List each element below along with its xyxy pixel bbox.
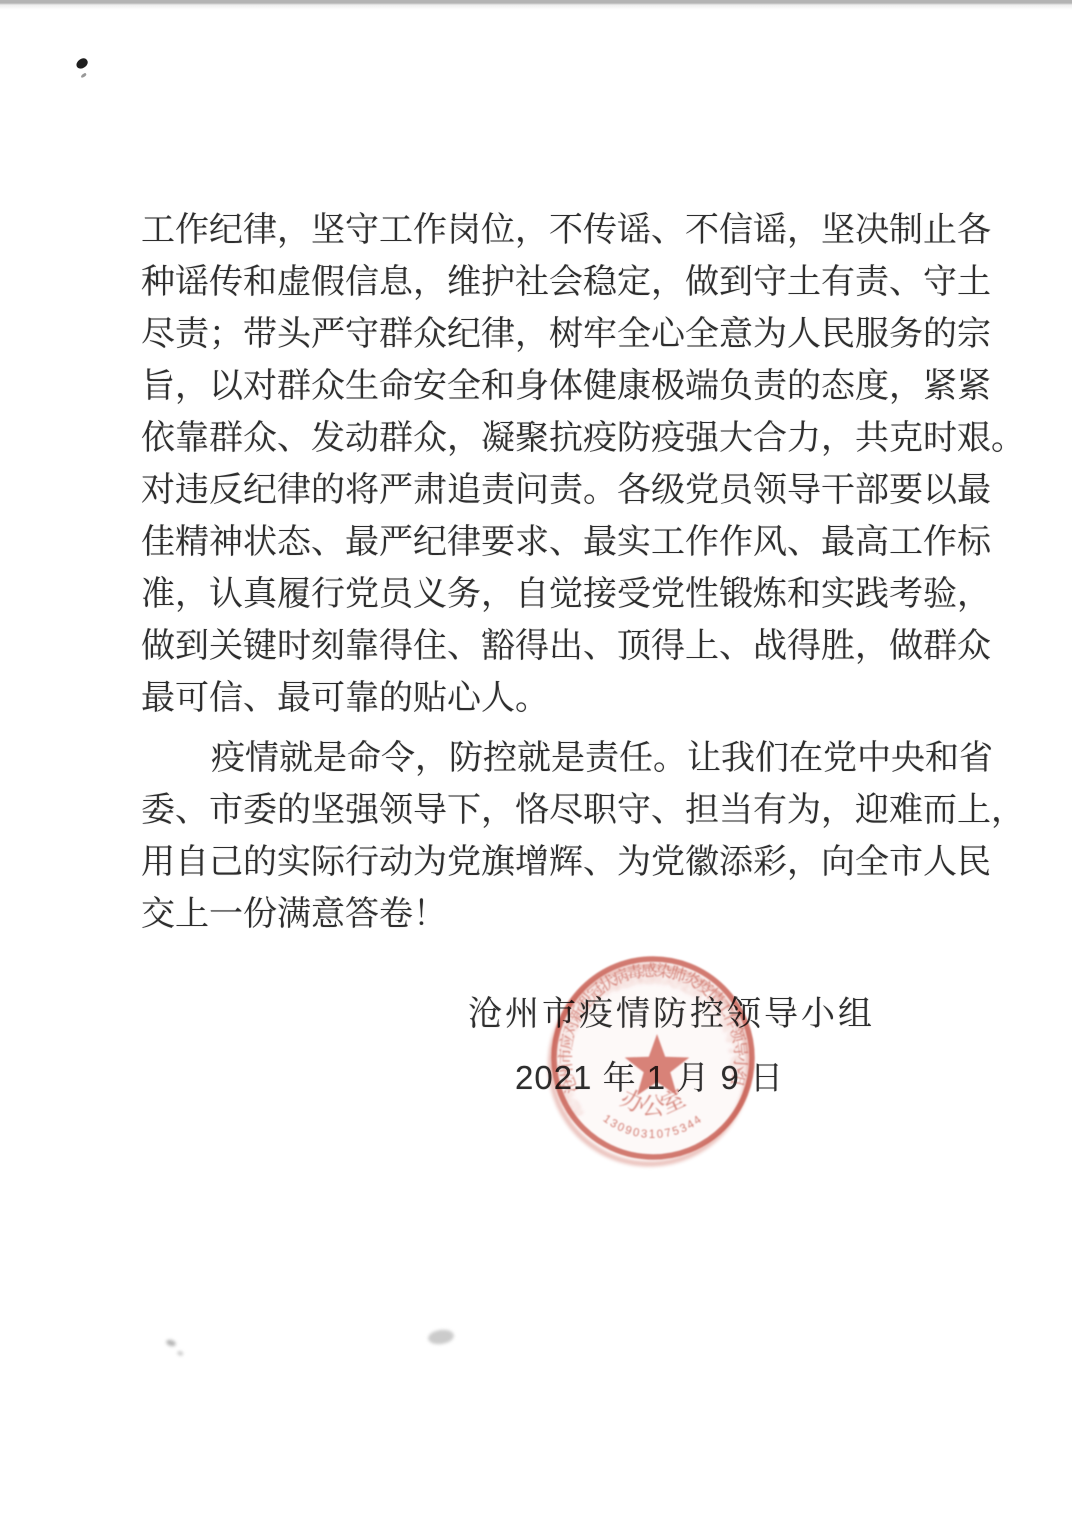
ink-speck-artifact xyxy=(75,57,90,71)
text-line: 做到关键时刻靠得住、豁得出、顶得上、战得胜，做群众 xyxy=(141,621,977,673)
text-line: 工作纪律，坚守工作岗位，不传谣、不信谣，坚决制止各 xyxy=(141,205,977,257)
text-line: 对违反纪律的将严肃追责问责。各级党员领导干部要以最 xyxy=(141,465,977,517)
document-body: 工作纪律，坚守工作岗位，不传谣、不信谣，坚决制止各 种谣传和虚假信息，维护社会稳… xyxy=(141,205,977,941)
smudge-artifact-center xyxy=(427,1328,455,1345)
text-line: 疫情就是命令，防控就是责任。让我们在党中央和省 xyxy=(141,733,977,785)
official-seal: 沧州市应对新型冠状病毒感染肺炎疫情工作领导小组 沧州市应对新型冠状病毒感染肺炎疫… xyxy=(513,918,793,1198)
text-line: 委、市委的坚强领导下，恪尽职守、担当有为，迎难而上， xyxy=(141,785,977,837)
text-line: 准，认真履行党员义务，自觉接受党性锻炼和实践考验， xyxy=(141,569,977,621)
text-line: 依靠群众、发动群众，凝聚抗疫防疫强大合力，共克时艰。 xyxy=(141,413,977,465)
text-line: 佳精神状态、最严纪律要求、最实工作作风、最高工作标 xyxy=(141,517,977,569)
text-line: 种谣传和虚假信息，维护社会稳定，做到守土有责、守土 xyxy=(141,257,977,309)
scan-edge-artifact xyxy=(0,0,1072,10)
text-line: 尽责；带头严守群众纪律，树牢全心全意为人民服务的宗 xyxy=(141,309,977,361)
text-line: 旨，以对群众生命安全和身体健康极端负责的态度，紧紧 xyxy=(141,361,977,413)
text-line: 用自己的实际行动为党旗增辉、为党徽添彩，向全市人民 xyxy=(141,837,977,889)
text-line: 最可信、最可靠的贴心人。 xyxy=(141,673,977,725)
paragraph-2: 疫情就是命令，防控就是责任。让我们在党中央和省 委、市委的坚强领导下，恪尽职守、… xyxy=(141,733,977,941)
smudge-artifact-left xyxy=(165,1339,176,1348)
scanned-document-page: 工作纪律，坚守工作岗位，不传谣、不信谣，坚决制止各 种谣传和虚假信息，维护社会稳… xyxy=(0,0,1072,1536)
paragraph-1: 工作纪律，坚守工作岗位，不传谣、不信谣，坚决制止各 种谣传和虚假信息，维护社会稳… xyxy=(141,205,977,725)
